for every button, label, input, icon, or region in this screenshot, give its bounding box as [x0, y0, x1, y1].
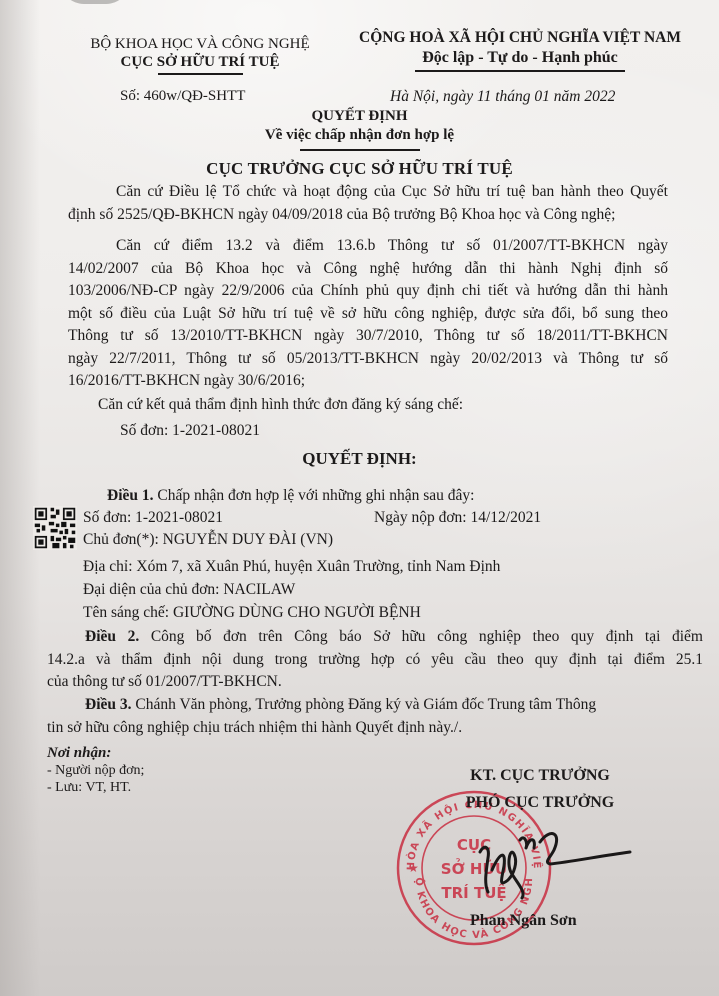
article-1-intro: Điều 1. Chấp nhận đơn hợp lệ với những g… — [107, 487, 475, 505]
decision-subject: Về việc chấp nhận đơn hợp lệ — [0, 126, 719, 145]
decision-title-block: QUYẾT ĐỊNH Về việc chấp nhận đơn hợp lệ — [0, 107, 719, 151]
preamble-application-number: Số đơn: 1-2021-08021 — [120, 422, 260, 440]
qr-code-icon — [33, 506, 77, 550]
text-line: Điều 2. Công bố đơn trên Công báo Sở hữu… — [47, 626, 703, 649]
article-1-label: Điều 1. — [107, 487, 154, 504]
ministry-name: BỘ KHOA HỌC VÀ CÔNG NGHỆ — [70, 35, 330, 53]
decision-heading: QUYẾT ĐỊNH: — [0, 449, 719, 469]
text-line: Căn cứ Điều lệ Tổ chức và hoạt động của … — [68, 181, 668, 204]
republic-name: CỘNG HOÀ XÃ HỘI CHỦ NGHĨA VIỆT NAM — [340, 28, 700, 48]
representative: Đại diện của chủ đơn: NACILAW — [83, 581, 295, 599]
text-line: một số điều của Luật Sở hữu trí tuệ về s… — [68, 303, 668, 326]
text-line: 16/2016/TT-BKHCN ngày 30/6/2016; — [68, 370, 668, 393]
signatory-line-1: KT. CỤC TRƯỞNG — [430, 762, 650, 789]
article-3: Điều 3. Chánh Văn phòng, Trưởng phòng Đă… — [47, 694, 667, 739]
national-header: CỘNG HOÀ XÃ HỘI CHỦ NGHĨA VIỆT NAM Độc l… — [340, 28, 700, 72]
header-left-rule — [158, 73, 243, 75]
authority-heading: CỤC TRƯỞNG CỤC SỞ HỮU TRÍ TUỆ — [0, 159, 719, 179]
applicant-address: Địa chỉ: Xóm 7, xã Xuân Phú, huyện Xuân … — [83, 558, 500, 576]
filing-date: Ngày nộp đơn: 14/12/2021 — [374, 509, 541, 527]
preamble-paragraph-1: Căn cứ Điều lệ Tổ chức và hoạt động của … — [68, 181, 668, 226]
agency-name: CỤC SỞ HỮU TRÍ TUỆ — [70, 53, 330, 71]
signer-name: Phan Ngân Sơn — [470, 912, 577, 930]
handwritten-signature — [470, 822, 640, 902]
article-3-label: Điều 3. — [85, 696, 132, 713]
decision-title: QUYẾT ĐỊNH — [0, 107, 719, 126]
preamble-paragraph-3: Căn cứ kết quả thẩm định hình thức đơn đ… — [98, 396, 463, 414]
title-rule — [300, 149, 420, 151]
document-number: Số: 460w/QĐ-SHTT — [120, 88, 245, 105]
text-line: định số 2525/QĐ-BKHCN ngày 04/09/2018 củ… — [68, 204, 668, 227]
text-line: 14.2.a và thẩm định nội dung trong trườn… — [47, 649, 703, 672]
applicant: Chủ đơn(*): NGUYỄN DUY ĐÀI (VN) — [83, 531, 333, 549]
text-line: Căn cứ điểm 13.2 và điểm 13.6.b Thông tư… — [68, 235, 668, 258]
national-motto: Độc lập - Tự do - Hạnh phúc — [340, 48, 700, 68]
text-line: 103/2006/NĐ-CP ngày 22/9/2006 của Chính … — [68, 280, 668, 303]
text-line: 14/02/2007 của Bộ Khoa học và Công nghệ … — [68, 258, 668, 281]
recipients-title: Nơi nhận: — [47, 745, 144, 762]
invention-title: Tên sáng chế: GIƯỜNG DÙNG CHO NGƯỜI BỆNH — [83, 604, 421, 622]
text-line: Điều 3. Chánh Văn phòng, Trưởng phòng Đă… — [47, 694, 667, 717]
recipient-item: - Người nộp đơn; — [47, 762, 144, 779]
recipients-block: Nơi nhận: - Người nộp đơn; - Lưu: VT, HT… — [47, 745, 144, 796]
text-line: của thông tư số 01/2007/TT-BKHCN. — [47, 671, 703, 694]
issuer-header: BỘ KHOA HỌC VÀ CÔNG NGHỆ CỤC SỞ HỮU TRÍ … — [70, 35, 330, 75]
signatory-title: KT. CỤC TRƯỞNG PHÓ CỤC TRƯỞNG — [430, 762, 650, 816]
star-icon: ★ — [408, 861, 419, 875]
signatory-line-2: PHÓ CỤC TRƯỞNG — [430, 789, 650, 816]
application-number: Số đơn: 1-2021-08021 — [83, 509, 223, 527]
header-right-rule — [415, 70, 625, 72]
recipient-item: - Lưu: VT, HT. — [47, 779, 144, 796]
place-date: Hà Nội, ngày 11 tháng 01 năm 2022 — [390, 88, 615, 106]
article-2-label: Điều 2. — [85, 628, 139, 645]
text-line: Thông tư số 13/2010/TT-BKHCN ngày 30/7/2… — [68, 325, 668, 348]
preamble-paragraph-2: Căn cứ điểm 13.2 và điểm 13.6.b Thông tư… — [68, 235, 668, 393]
article-2: Điều 2. Công bố đơn trên Công báo Sở hữu… — [47, 626, 703, 694]
text-line: ngày 22/7/2011, Thông tư số 05/2013/TT-B… — [68, 348, 668, 371]
text-line: tin sở hữu công nghiệp chịu trách nhiệm … — [47, 717, 667, 740]
article-1-text: Chấp nhận đơn hợp lệ với những ghi nhận … — [154, 487, 475, 504]
